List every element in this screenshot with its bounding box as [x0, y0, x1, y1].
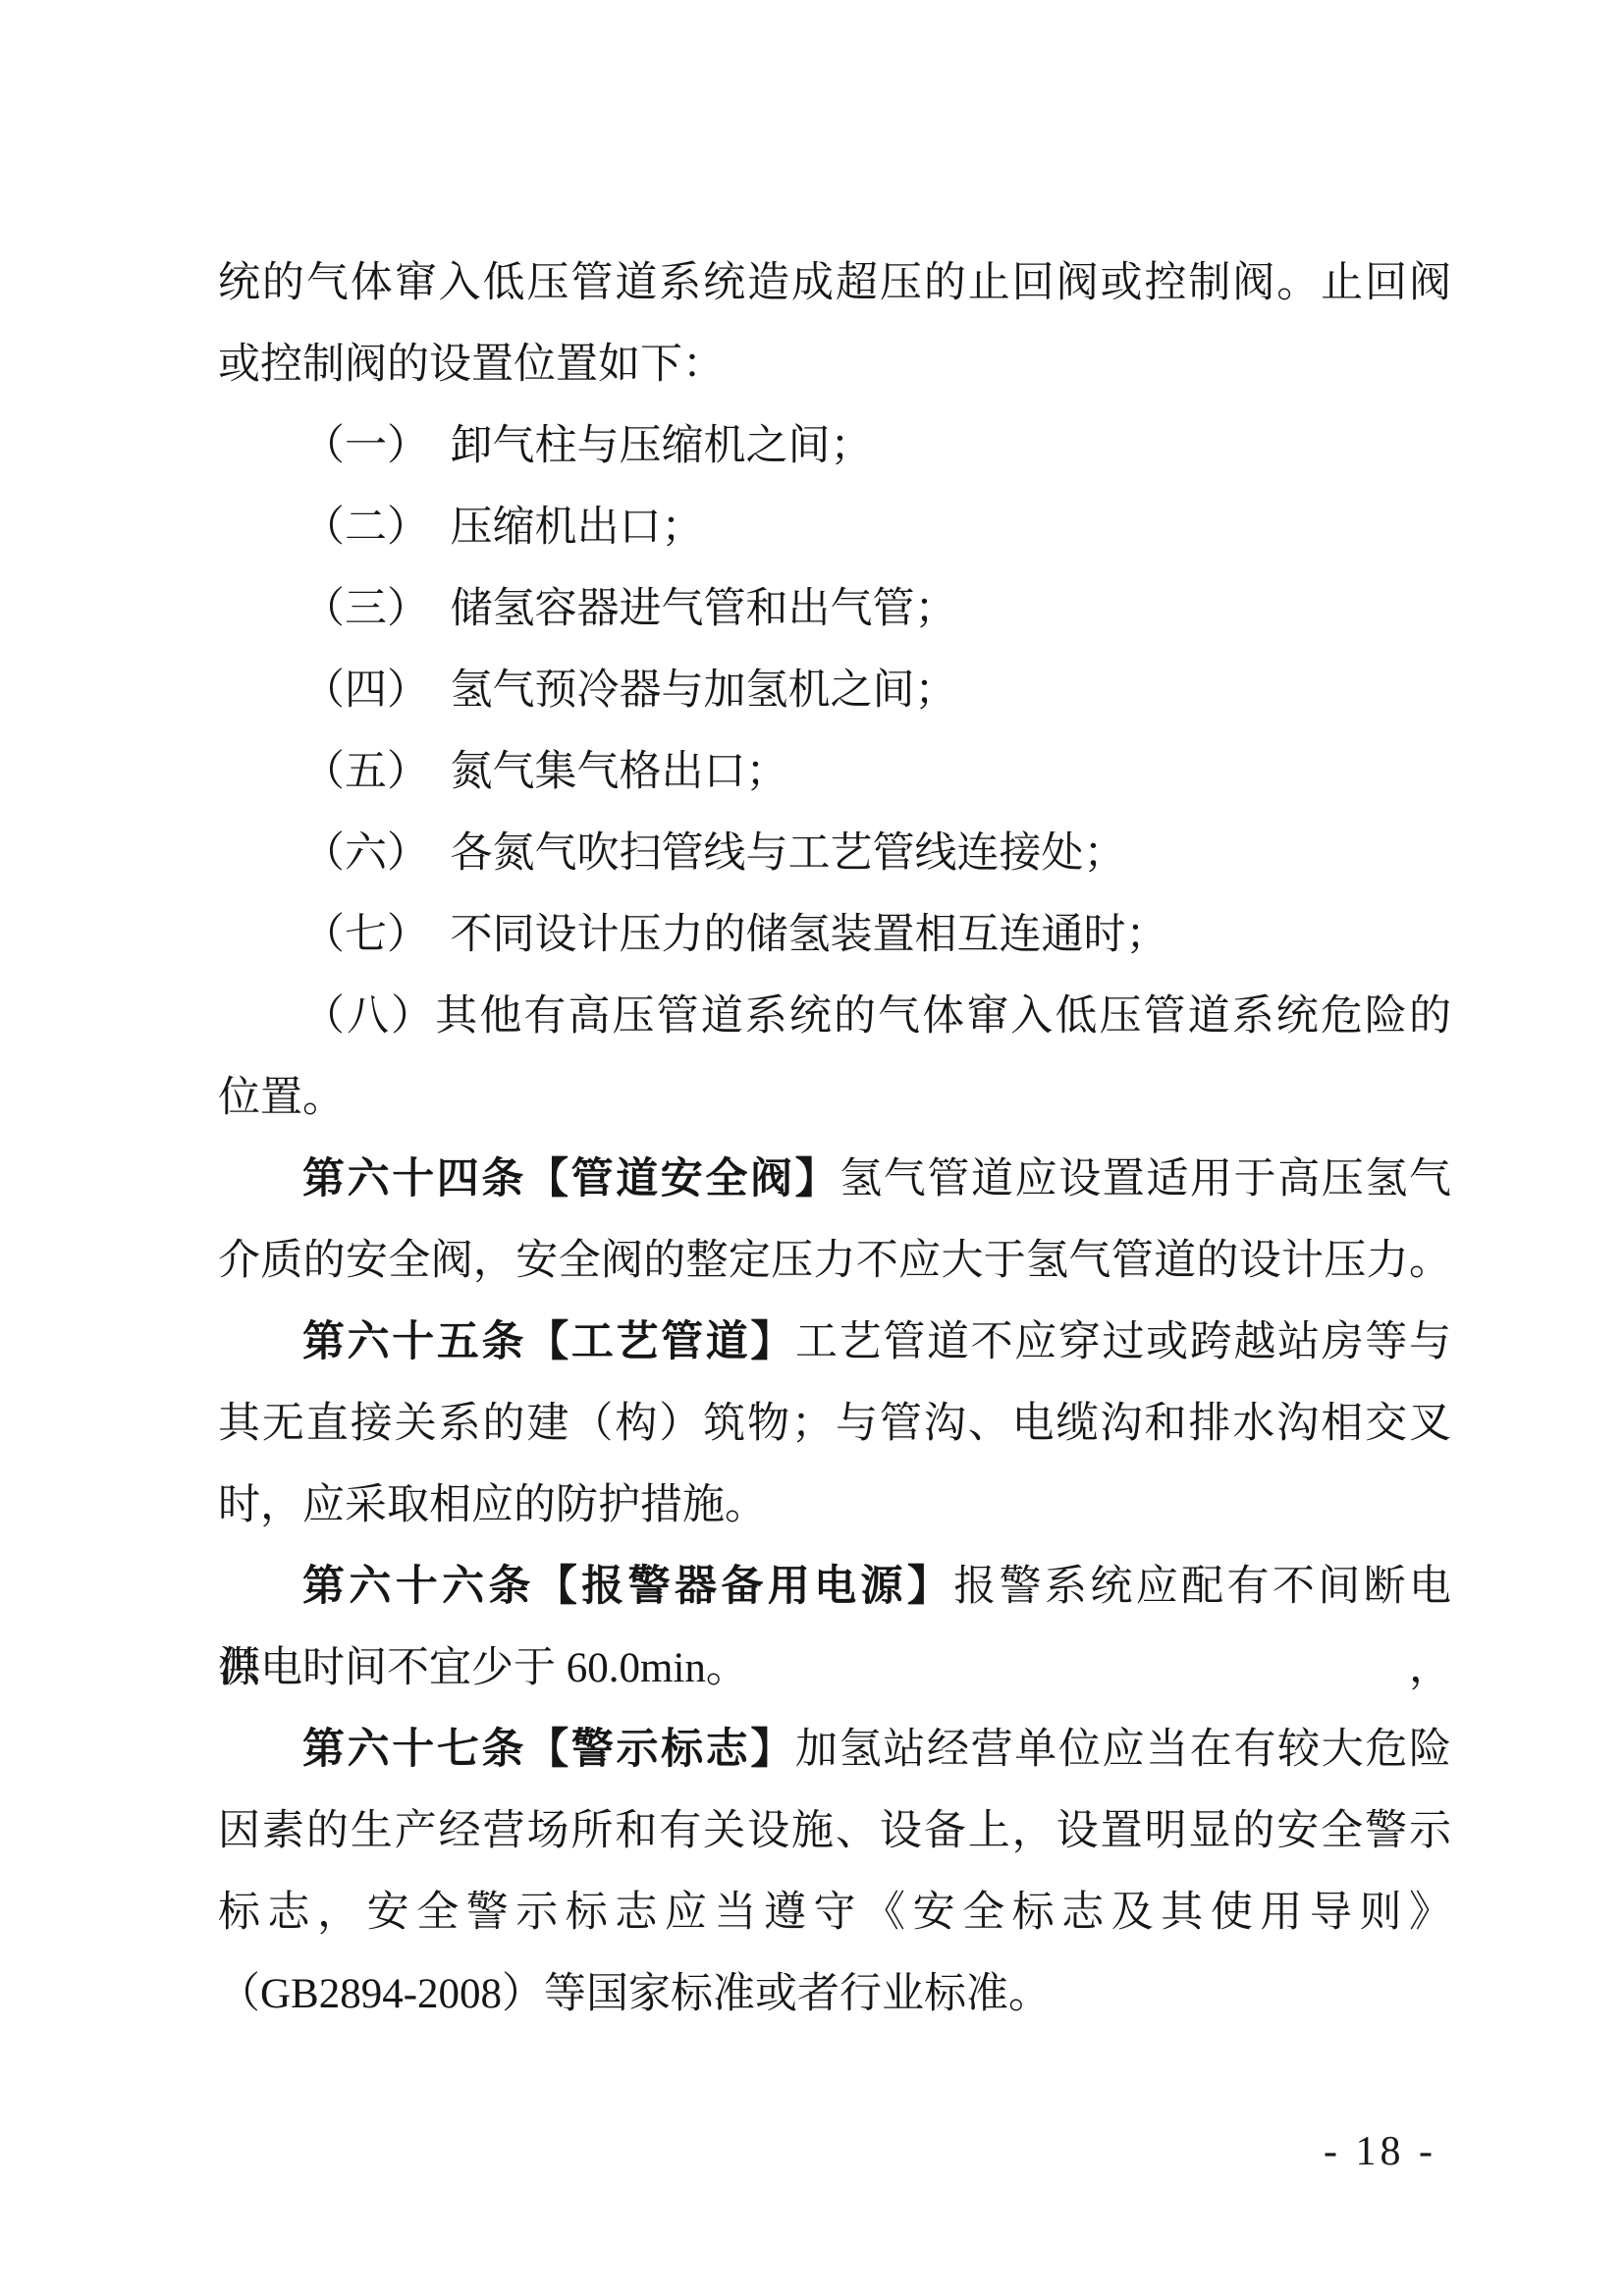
article-line: 第六十七条【警示标志】加氢站经营单位应当在有较大危险 — [218, 1709, 1451, 1790]
list-item: （八）其他有高压管道系统的气体窜入低压管道系统危险的 — [218, 976, 1451, 1057]
article-line: 第六十四条【管道安全阀】氢气管道应设置适用于高压氢气 — [218, 1139, 1451, 1220]
article-text: 工艺管道不应穿过或跨越站房等与 — [795, 1319, 1451, 1365]
list-item: （五） 氮气集气格出口； — [218, 731, 1451, 813]
article-line: 第六十六条【报警器备用电源】报警系统应配有不间断电源， — [218, 1546, 1451, 1628]
paragraph-line: 其无直接关系的建（构）筑物；与管沟、电缆沟和排水沟相交叉 — [218, 1383, 1451, 1465]
paragraph-line: 或控制阀的设置位置如下： — [218, 324, 1451, 405]
article-line: 第六十五条【工艺管道】工艺管道不应穿过或跨越站房等与 — [218, 1302, 1451, 1383]
paragraph-line: 标志，安全警示标志应当遵守《安全标志及其使用导则》 — [218, 1872, 1451, 1953]
article-title: 第六十五条【工艺管道】 — [302, 1318, 795, 1365]
article-text: 氢气管道应设置适用于高压氢气 — [839, 1156, 1451, 1202]
paragraph-line: （GB2894-2008）等国家标准或者行业标准。 — [218, 1953, 1451, 2035]
paragraph-line: 时，应采取相应的防护措施。 — [218, 1465, 1451, 1546]
document-body: 统的气体窜入低压管道系统造成超压的止回阀或控制阀。止回阀 或控制阀的设置位置如下… — [218, 242, 1451, 2035]
page-number: - 18 - — [1324, 2122, 1436, 2181]
paragraph-line: 统的气体窜入低压管道系统造成超压的止回阀或控制阀。止回阀 — [218, 242, 1451, 324]
list-item: （四） 氢气预冷器与加氢机之间； — [218, 650, 1451, 731]
list-item: （七） 不同设计压力的储氢装置相互连通时； — [218, 894, 1451, 976]
article-text: 加氢站经营单位应当在有较大危险 — [795, 1727, 1451, 1773]
list-item: （一） 卸气柱与压缩机之间； — [218, 405, 1451, 487]
article-title: 第六十六条【报警器备用电源】 — [302, 1563, 953, 1610]
paragraph-line: 因素的生产经营场所和有关设施、设备上，设置明显的安全警示 — [218, 1790, 1451, 1872]
paragraph-line: 位置。 — [218, 1057, 1451, 1139]
document-page: 统的气体窜入低压管道系统造成超压的止回阀或控制阀。止回阀 或控制阀的设置位置如下… — [0, 0, 1624, 2296]
list-item: （三） 储氢容器进气管和出气管； — [218, 568, 1451, 650]
article-title: 第六十四条【管道安全阀】 — [302, 1155, 839, 1202]
list-item: （六） 各氮气吹扫管线与工艺管线连接处； — [218, 813, 1451, 894]
paragraph-line: 介质的安全阀，安全阀的整定压力不应大于氢气管道的设计压力。 — [218, 1220, 1451, 1302]
article-title: 第六十七条【警示标志】 — [302, 1726, 795, 1773]
list-item: （二） 压缩机出口； — [218, 487, 1451, 568]
